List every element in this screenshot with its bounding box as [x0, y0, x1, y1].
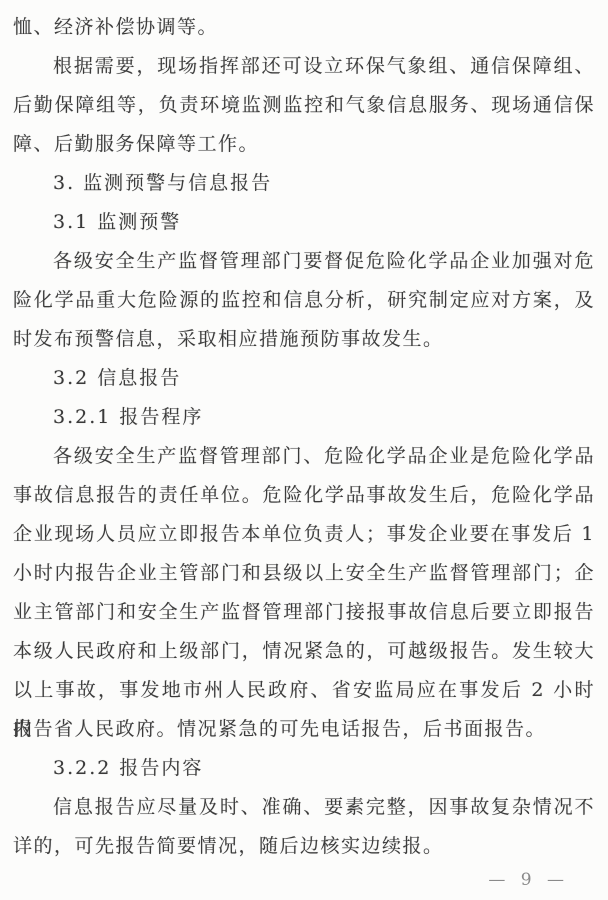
heading-section-3-2-2: 3.2.2 报告内容	[13, 749, 595, 788]
paragraph-line: 报告省人民政府。情况紧急的可先电话报告，后书面报告。	[13, 710, 595, 749]
paragraph-line: 企业现场人员应立即报告本单位负责人；事发企业要在事发后 1	[13, 515, 595, 554]
paragraph-line: 时发布预警信息，采取相应措施预防事故发生。	[13, 320, 595, 359]
paragraph-line: 以上事故，事发地市州人民政府、省安监局应在事发后 2 小时内	[13, 671, 595, 710]
heading-section-3: 3. 监测预警与信息报告	[13, 164, 595, 203]
paragraph-line: 各级安全生产监督管理部门要督促危险化学品企业加强对危	[13, 242, 595, 281]
paragraph-line: 各级安全生产监督管理部门、危险化学品企业是危险化学品	[13, 437, 595, 476]
heading-section-3-1: 3.1 监测预警	[13, 203, 595, 242]
heading-section-3-2-1: 3.2.1 报告程序	[13, 398, 595, 437]
page-number: — 9 —	[13, 867, 595, 893]
paragraph-line: 本级人民政府和上级部门，情况紧急的，可越级报告。发生较大	[13, 632, 595, 671]
paragraph-line: 险化学品重大危险源的监控和信息分析，研究制定应对方案，及	[13, 281, 595, 320]
heading-section-3-2: 3.2 信息报告	[13, 359, 595, 398]
paragraph-line: 障、后勤服务保障等工作。	[13, 125, 595, 164]
paragraph-line: 恤、经济补偿协调等。	[13, 8, 595, 47]
document-page: 恤、经济补偿协调等。 根据需要，现场指挥部还可设立环保气象组、通信保障组、 后勤…	[0, 0, 608, 900]
paragraph-line: 信息报告应尽量及时、准确、要素完整，因事故复杂情况不	[13, 788, 595, 827]
paragraph-line: 根据需要，现场指挥部还可设立环保气象组、通信保障组、	[13, 47, 595, 86]
paragraph-line: 事故信息报告的责任单位。危险化学品事故发生后，危险化学品	[13, 476, 595, 515]
paragraph-line: 后勤保障组等，负责环境监测监控和气象信息服务、现场通信保	[13, 86, 595, 125]
paragraph-line: 业主管部门和安全生产监督管理部门接报事故信息后要立即报告	[13, 593, 595, 632]
paragraph-line: 小时内报告企业主管部门和县级以上安全生产监督管理部门；企	[13, 554, 595, 593]
paragraph-line: 详的，可先报告简要情况，随后边核实边续报。	[13, 827, 595, 866]
